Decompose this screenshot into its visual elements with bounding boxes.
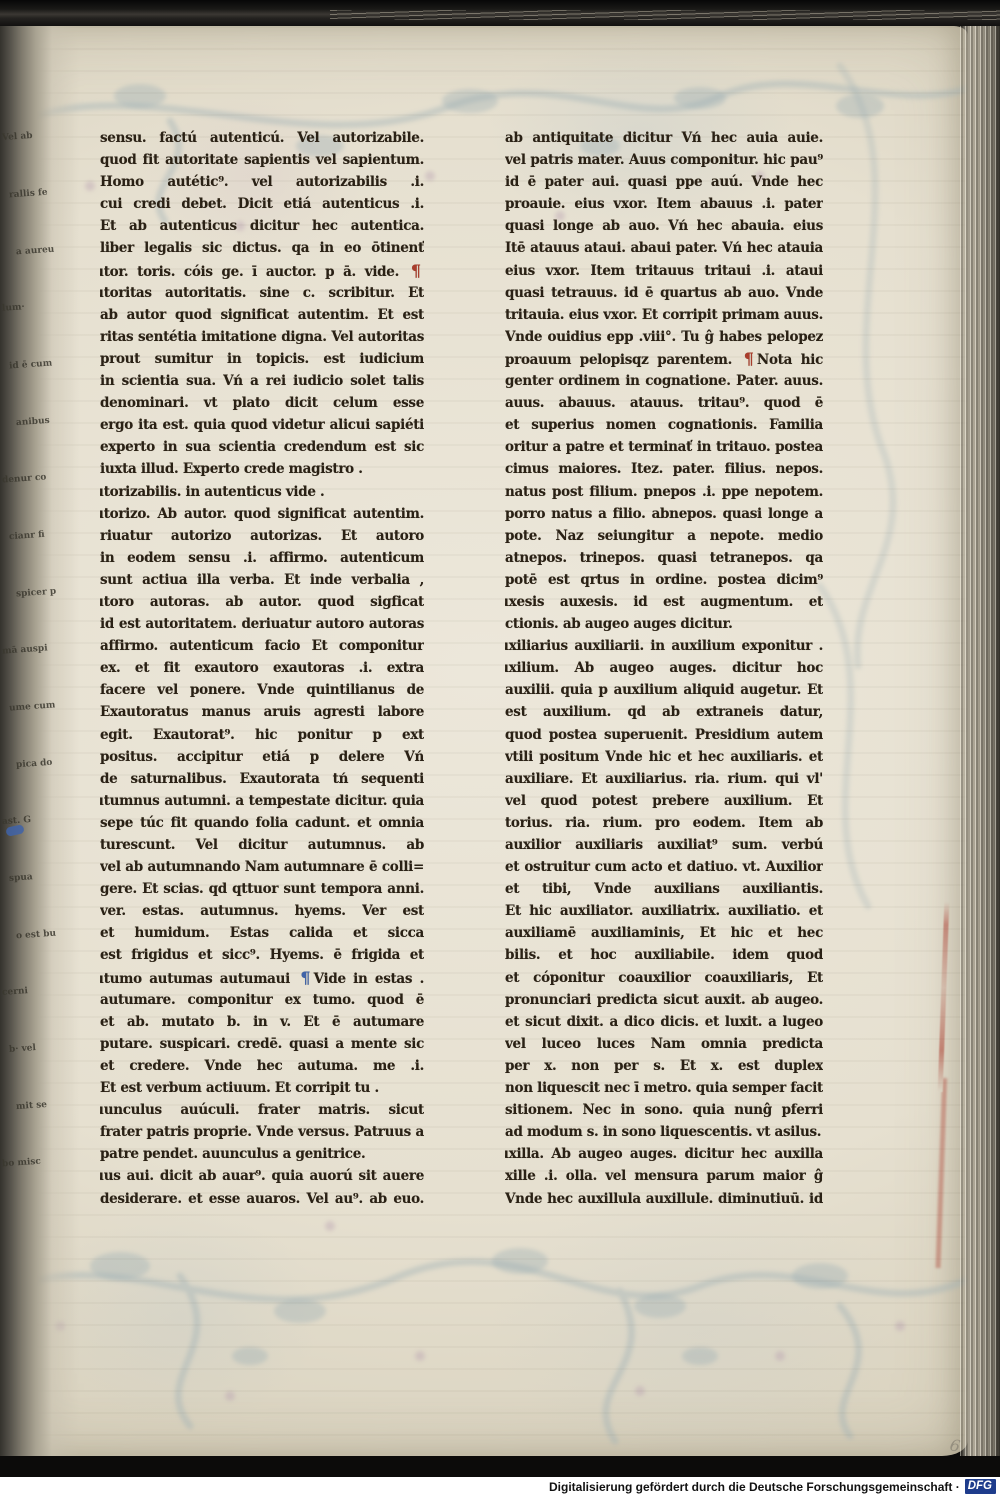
credit-text: Digitalisierung gefördert durch die Deut… bbox=[549, 1480, 960, 1494]
text-line: Auunculus auúculi. frater matris. sicut … bbox=[100, 1099, 424, 1121]
text-line: xille .i. olla. vel mensura parum maior … bbox=[505, 1165, 823, 1187]
text-line: Autumnus autumni. a tempestate dicitur. … bbox=[100, 790, 424, 812]
text-line: Auxilium. Ab augeo auges. dicitur hoc au… bbox=[505, 657, 823, 679]
text-line: Auxiliarius auxiliarii. in auxilium expo… bbox=[505, 635, 823, 657]
text-line: vel ab autumnando Nam autumnare ē colli= bbox=[100, 856, 424, 878]
gutter-fragment: Vel ab bbox=[2, 131, 33, 143]
gutter-fragment: denur co bbox=[2, 472, 47, 485]
text-line: cui credi debet. Dicit etiá autenticus .… bbox=[100, 193, 424, 215]
gutter-fragment: pica do bbox=[16, 758, 53, 771]
text-line: frater patris proprie. Vnde versus. Patr… bbox=[100, 1121, 424, 1143]
text-line: Et est verbum actiuum. Et corripit tu . bbox=[100, 1077, 424, 1099]
text-line: ab autor quod significat autentim. Et es… bbox=[100, 304, 424, 326]
text-line: et humidum. Estas calida et sicca Autumn… bbox=[100, 922, 424, 944]
text-line: riuatur autorizo autorizas. Et autoro au… bbox=[100, 525, 424, 547]
text-line: et cóponitur coauxilior coauxiliaris, Et… bbox=[505, 967, 823, 989]
text-line: torius. ria. rium. pro eodem. Item ab au… bbox=[505, 812, 823, 834]
text-line: pronunciari predicta sicut auxit. ab aug… bbox=[505, 989, 823, 1011]
text-line: patre pendet. auunculus a genitrice. bbox=[100, 1143, 424, 1165]
text-line: est frigidus et sicc⁹. Hyems. ē frigida … bbox=[100, 944, 424, 966]
text-line: ex. et fit exautoro exautoras .i. extra … bbox=[100, 657, 424, 679]
text-line: quod postea superuenit. Presidium autem … bbox=[505, 724, 823, 746]
text-line: et ab. mutato b. in v. Et ē autumare aff… bbox=[100, 1011, 424, 1033]
text-line: vel patris mater. Auus componitur. hic p… bbox=[505, 149, 823, 171]
pilcrow-mark: ¶ bbox=[741, 349, 757, 368]
text-line: Auxilla. Ab augeo auges. dicitur hec aux… bbox=[505, 1143, 823, 1165]
text-line: facere vel ponere. Vnde quintilianus de … bbox=[100, 679, 424, 701]
gutter-fragment: cerni bbox=[2, 986, 29, 998]
text-line: auxiliamē auxiliaminis, Et hic et hec au… bbox=[505, 922, 823, 944]
text-line: ritas sentétia imitatione digna. Vel aut… bbox=[100, 326, 424, 348]
manuscript-scan: sensu. factú autenticú. Vel autorizabile… bbox=[0, 0, 1000, 1496]
text-line: et ostruitur cum acto et datiuo. vt. Aux… bbox=[505, 856, 823, 878]
text-line: pote. Naz seiungitur a nepote. medio pne… bbox=[505, 525, 823, 547]
text-line: est auxilium. qd ab extraneis datur, Sub… bbox=[505, 701, 823, 723]
text-line: sitionem. Nec in sono. quia nunĝ pferri … bbox=[505, 1099, 823, 1121]
text-line: Et ab autenticus dicitur hec autentica. … bbox=[100, 215, 424, 237]
text-line: auxilii. quia p auxilium aliquid augetur… bbox=[505, 679, 823, 701]
pilcrow-mark: ¶ bbox=[297, 968, 313, 987]
text-line: potē est qrtus in ordine. postea dicim⁹ … bbox=[505, 569, 823, 591]
text-line: affirmo. autenticum facio Et componitur … bbox=[100, 635, 424, 657]
text-line: prout sumitur in topicis. est iudicium s… bbox=[100, 348, 424, 370]
text-line: tritauia. eius vxor. Et corripit primam … bbox=[505, 304, 823, 326]
text-line: Autor. toris. cóis ge. ī auctor. p ā. vi… bbox=[100, 260, 424, 282]
gutter-fragment: b· vel bbox=[9, 1043, 37, 1055]
pilcrow-mark: ¶ bbox=[408, 261, 424, 280]
text-line: vel luceo luces Nam omnia predicta scrib… bbox=[505, 1033, 823, 1055]
text-line: ab antiquitate dicitur Vń hec auia auie.… bbox=[505, 127, 823, 149]
text-line: quasi tetrauus. id ē quartus ab auo. Vnd… bbox=[505, 282, 823, 304]
gutter-fragment: ume cum bbox=[9, 700, 56, 713]
text-line: positus. accipitur etiá p delere Vń macr… bbox=[100, 746, 424, 768]
text-line: in eodem sensu .i. affirmo. autenticum f… bbox=[100, 547, 424, 569]
text-line: porro natus a filio. abnepos. quasi long… bbox=[505, 503, 823, 525]
digitization-credit-bar: Digitalisierung gefördert durch die Deut… bbox=[0, 1477, 1000, 1496]
text-line: eius vxor. Item tritauus tritaui .i. ata… bbox=[505, 260, 823, 282]
gutter-fragment: mit se bbox=[16, 1100, 48, 1112]
text-line: gere. Et scias. qd qttuor sunt tempora a… bbox=[100, 878, 424, 900]
text-line: turescunt. Vel dicitur autumnus. ab auge… bbox=[100, 834, 424, 856]
text-line: Autumo autumas autumaui ¶Vide in estas . bbox=[100, 967, 424, 989]
text-line: proauie. eius vxor. Item abauus .i. pate… bbox=[505, 193, 823, 215]
binding-gutter: Vel abrallis fea aureulum·id ē cumanibus… bbox=[0, 26, 82, 1456]
text-line: auxiliare. Et auxiliarius. ria. rium. qu… bbox=[505, 768, 823, 790]
text-column-left: sensu. factú autenticú. Vel autorizabile… bbox=[84, 127, 424, 1210]
text-line: iuxta illud. Experto crede magistro . bbox=[100, 458, 424, 480]
text-line: egit. Exautorat⁹. hic ponitur p ext auto… bbox=[100, 724, 424, 746]
text-line: id est autoritatem. deriuatur autoro aut… bbox=[100, 613, 424, 635]
gutter-fragment: rallis fe bbox=[9, 188, 48, 201]
gutter-fragment: id ē cum bbox=[9, 359, 53, 372]
gutter-fragment: anibus bbox=[16, 416, 50, 428]
text-line: sensu. factú autenticú. Vel autorizabile… bbox=[100, 127, 424, 149]
text-line: Auxesis auxesis. id est augmentum. et pr… bbox=[505, 591, 823, 613]
text-line: quod fit autoritate sapientis vel sapien… bbox=[100, 149, 424, 171]
gutter-fragment: cianr fi bbox=[9, 530, 45, 542]
text-line: Autorizo. Ab autor. quod significat aute… bbox=[100, 503, 424, 525]
text-line: proauum pelopisqz parentem. ¶Nota hic di… bbox=[505, 348, 823, 370]
text-line: ergo ita est. quia quod videtur alicui s… bbox=[100, 414, 424, 436]
text-line: per x. non per s. Et x. est duplex conso… bbox=[505, 1055, 823, 1077]
text-line: autumare. componitur ex tumo. quod ē men… bbox=[100, 989, 424, 1011]
text-line: quasi longe ab auo. Vń hec abauia. eius … bbox=[505, 215, 823, 237]
text-line: Vnde hec auxillula auxillule. diminutiuū… bbox=[505, 1188, 823, 1210]
text-line: auxilior auxiliaris auxiliat⁹ sum. verbú… bbox=[505, 834, 823, 856]
text-line: Vnde ouidius epp .viii°. Tu ĝ habes pelo… bbox=[505, 326, 823, 348]
book-top-edge bbox=[0, 0, 1000, 26]
text-line: vtili positum Vnde hic et hec auxiliaris… bbox=[505, 746, 823, 768]
text-line: atnepos. trinepos. quasi tetranepos. qa … bbox=[505, 547, 823, 569]
text-line: natus post filium. pnepos .i. ppe nepote… bbox=[505, 481, 823, 503]
gutter-fragment: a aureu bbox=[16, 245, 55, 258]
text-line: ad modum s. in sono liquescentis. vt asi… bbox=[505, 1121, 823, 1143]
text-line: sepe túc fit quando folia cadunt. et omn… bbox=[100, 812, 424, 834]
gutter-fragment: bo misc bbox=[2, 1157, 42, 1170]
gutter-fragment: mā auspi bbox=[2, 643, 48, 656]
text-line: sunt actiua illa verba. Et inde verbalia… bbox=[100, 569, 424, 591]
text-line: de saturnalibus. Exautorata tń sequenti … bbox=[100, 768, 424, 790]
text-line: in scientia sua. Vń a rei iudicio solet … bbox=[100, 370, 424, 392]
text-line: et superius nomen cognationis. Familia e… bbox=[505, 414, 823, 436]
text-line: bilis. et hoc auxiliabile. idem quod aux… bbox=[505, 944, 823, 966]
book-fore-edge bbox=[960, 26, 1000, 1456]
gutter-fragment: o est bu bbox=[16, 929, 57, 942]
text-line: ver. estas. autumnus. hyems. Ver est cal… bbox=[100, 900, 424, 922]
text-line: oritur a patre et terminať in tritauo. p… bbox=[505, 436, 823, 458]
text-line: experto in sua scientia credendum est si… bbox=[100, 436, 424, 458]
gutter-fragment: spua bbox=[9, 872, 33, 884]
text-line: Autoritas autoritatis. sine c. scribitur… bbox=[100, 282, 424, 304]
text-line: auus. abauus. atauus. tritau⁹. quod ē vl… bbox=[505, 392, 823, 414]
text-line: Homo autétic⁹. vel autorizabilis .i. aut… bbox=[100, 171, 424, 193]
text-line: vel quod potest prebere auxilium. Et aux… bbox=[505, 790, 823, 812]
text-line: et tibi, Vnde auxilians auxiliantis. par… bbox=[505, 878, 823, 900]
text-line: et credere. Vnde hec autuma. me .i. exis… bbox=[100, 1055, 424, 1077]
text-line: Auus aui. dicit ab auar⁹. quia auorú sit… bbox=[100, 1165, 424, 1187]
text-line: Autoro autoras. ab autor. quod sigficat … bbox=[100, 591, 424, 613]
text-line: desiderare. et esse auaros. Vel au⁹. ab … bbox=[100, 1188, 424, 1210]
gutter-fragment: spicer p bbox=[16, 587, 57, 600]
text-line: cimus maiores. Itez. pater. filius. nepo… bbox=[505, 458, 823, 480]
text-line: Exautoratus manus aruis agresti labore s… bbox=[100, 701, 424, 723]
text-column-right: ab antiquitate dicitur Vń hec auia auie.… bbox=[489, 127, 823, 1210]
text-line: id ē pater aui. quasi ppe auú. Vnde hec … bbox=[505, 171, 823, 193]
text-line: putare. suspicari. credē. quasi a mente … bbox=[100, 1033, 424, 1055]
text-line: Itē atauus ataui. abaui pater. Vń hec at… bbox=[505, 237, 823, 259]
parchment-page: sensu. factú autenticú. Vel autorizabile… bbox=[0, 26, 968, 1456]
text-line: et sicut dixit. a dico dicis. et luxit. … bbox=[505, 1011, 823, 1033]
text-line: non liquescit nec ī metro. quia semper f… bbox=[505, 1077, 823, 1099]
text-line: Et hic auxiliator. auxiliatrix. auxiliat… bbox=[505, 900, 823, 922]
red-ink-smudge bbox=[938, 902, 950, 1092]
gutter-fragment: lum· bbox=[2, 302, 25, 314]
text-line: genter ordinem in cognatione. Pater. auu… bbox=[505, 370, 823, 392]
text-line: denominari. vt plato dicit celum esse vo… bbox=[100, 392, 424, 414]
text-line: liber legalis sic dictus. qa in eo ōtine… bbox=[100, 237, 424, 259]
dfg-logo: DFG bbox=[965, 1479, 996, 1494]
text-line: ctionis. ab augeo auges dicitur. bbox=[505, 613, 823, 635]
text-line: Autorizabilis. in autenticus vide . bbox=[100, 481, 424, 503]
